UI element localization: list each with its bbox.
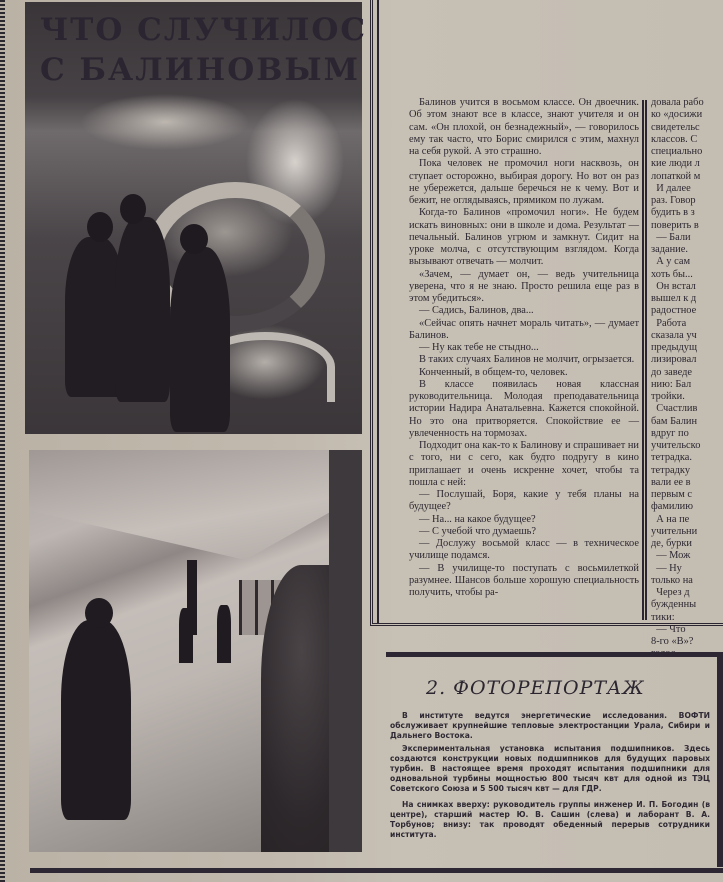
column-2-line: ко «досижи xyxy=(651,109,723,121)
headline-line-2: С БАЛИНОВЫМ xyxy=(40,50,360,90)
distant-person-1 xyxy=(179,608,193,663)
column-2-line: бужденны xyxy=(651,599,723,611)
paragraph: — Послушай, Боря, какие у тебя планы на … xyxy=(409,489,639,514)
column-2-line: первым с xyxy=(651,489,723,501)
paragraph: Балинов учится в восьмом классе. Он двое… xyxy=(409,97,639,158)
column-2-line: — Ну xyxy=(651,563,723,575)
bottom-rule xyxy=(30,868,723,873)
paragraph: Подходит она как-то к Балинову и спрашив… xyxy=(409,440,639,489)
column-2-line: вдруг по xyxy=(651,428,723,440)
article-column-1: Балинов учится в восьмом классе. Он двое… xyxy=(409,97,639,599)
column-2-line: вали ее в xyxy=(651,477,723,489)
paragraph: «Зачем, — думает он, — ведь учительница … xyxy=(409,269,639,306)
worker-right xyxy=(170,247,230,432)
paragraph: — С учебой что думаешь? xyxy=(409,526,639,538)
worker-center-head xyxy=(120,194,146,224)
column-2-line: тетрадку xyxy=(651,465,723,477)
running-man xyxy=(61,620,131,820)
photoreport-box: 2. ФОТОРЕПОРТАЖ В институте ведутся энер… xyxy=(386,652,723,867)
column-2-line: И далее xyxy=(651,183,723,195)
column-2-line: 8-го «В»? xyxy=(651,636,723,648)
corridor-ceiling xyxy=(29,450,362,560)
column-2-line: будить в з xyxy=(651,207,723,219)
headline-line-1: ЧТО СЛУЧИЛОС xyxy=(40,10,360,50)
article-headline: ЧТО СЛУЧИЛОС С БАЛИНОВЫМ xyxy=(40,10,360,90)
column-2-line: — Мож xyxy=(651,550,723,562)
paragraph: В классе появилась новая классная руково… xyxy=(409,379,639,440)
column-2-line: А у сам xyxy=(651,256,723,268)
column-2-line: хоть бы... xyxy=(651,269,723,281)
column-2-line: задание. xyxy=(651,244,723,256)
worker-left-head xyxy=(87,212,113,242)
column-2-line: поверить в xyxy=(651,220,723,232)
running-man-head xyxy=(85,598,113,628)
column-2-line: де, бурки xyxy=(651,538,723,550)
column-2-line: — Что xyxy=(651,624,723,636)
column-2-line: радостное xyxy=(651,305,723,317)
column-2-line: лизировал xyxy=(651,354,723,366)
column-2-line: свидетельс xyxy=(651,122,723,134)
column-2-line: тройки. xyxy=(651,391,723,403)
column-2-line: до заведе xyxy=(651,367,723,379)
column-2-line: тики: xyxy=(651,612,723,624)
paragraph: Когда-то Балинов «промочил ноги». Не буд… xyxy=(409,207,639,268)
column-2-line: учительни xyxy=(651,526,723,538)
column-2-line: лопаткой м xyxy=(651,171,723,183)
column-2-line: сказала уч xyxy=(651,330,723,342)
photoreport-paragraph: Экспериментальная установка испытания по… xyxy=(390,744,710,794)
column-2-line: Через д xyxy=(651,587,723,599)
column-2-line: Он встал xyxy=(651,281,723,293)
column-2-line: предыдущ xyxy=(651,342,723,354)
column-2-line: Работа xyxy=(651,318,723,330)
column-2-line: учительско xyxy=(651,440,723,452)
paragraph: — Дослужу восьмой класс — в техническое … xyxy=(409,538,639,563)
column-2-line: тетрадка. xyxy=(651,452,723,464)
column-2-line: нию: Бал xyxy=(651,379,723,391)
column-2-line: фамилию xyxy=(651,501,723,513)
paragraph: — В училище-то поступать с восьмилеткой … xyxy=(409,563,639,600)
column-2-line: только на xyxy=(651,575,723,587)
paragraph: В таких случаях Балинов не молчит, огрыз… xyxy=(409,354,639,366)
paragraph: — Ну как тебе не стыдно... xyxy=(409,342,639,354)
distant-person-2 xyxy=(217,605,231,663)
column-2-line: вышел к д xyxy=(651,293,723,305)
photo-corridor xyxy=(29,450,362,852)
column-2-line: кие люди л xyxy=(651,158,723,170)
worker-right-head xyxy=(180,224,208,254)
corridor-pillar xyxy=(329,450,362,852)
paragraph: — На... на какое будущее? xyxy=(409,514,639,526)
column-2-line: — Бали xyxy=(651,232,723,244)
photoreport-paragraph: В институте ведутся энергетические иссле… xyxy=(390,711,710,741)
column-2-line: довала рабо xyxy=(651,97,723,109)
column-2-line: классов. С xyxy=(651,134,723,146)
photoreport-title: 2. ФОТОРЕПОРТАЖ xyxy=(426,677,645,699)
column-2-line: специально xyxy=(651,146,723,158)
perforated-edge xyxy=(0,0,5,882)
paragraph: «Сейчас опять начнет мораль читать», — д… xyxy=(409,318,639,343)
column-2-line: бам Балин xyxy=(651,416,723,428)
column-2-line: раз. Говор xyxy=(651,195,723,207)
photoreport-text: В институте ведутся энергетические иссле… xyxy=(390,711,710,843)
paragraph: — Садись, Балинов, два... xyxy=(409,305,639,317)
article-column-2: довала рабоко «досижисвидетельсклассов. … xyxy=(651,97,723,661)
paragraph: Конченный, в общем-то, человек. xyxy=(409,367,639,379)
worker-center xyxy=(115,217,170,402)
photo-caption: На снимках вверху: руководитель группы и… xyxy=(390,800,710,840)
column-divider xyxy=(642,100,647,620)
paragraph: Пока человек не промочил ноги насквозь, … xyxy=(409,158,639,207)
column-2-line: Счастлив xyxy=(651,403,723,415)
column-2-line: А на пе xyxy=(651,514,723,526)
newspaper-page: ЧТО СЛУЧИЛОС С БАЛИНОВЫМ Балинов учится … xyxy=(0,0,723,882)
